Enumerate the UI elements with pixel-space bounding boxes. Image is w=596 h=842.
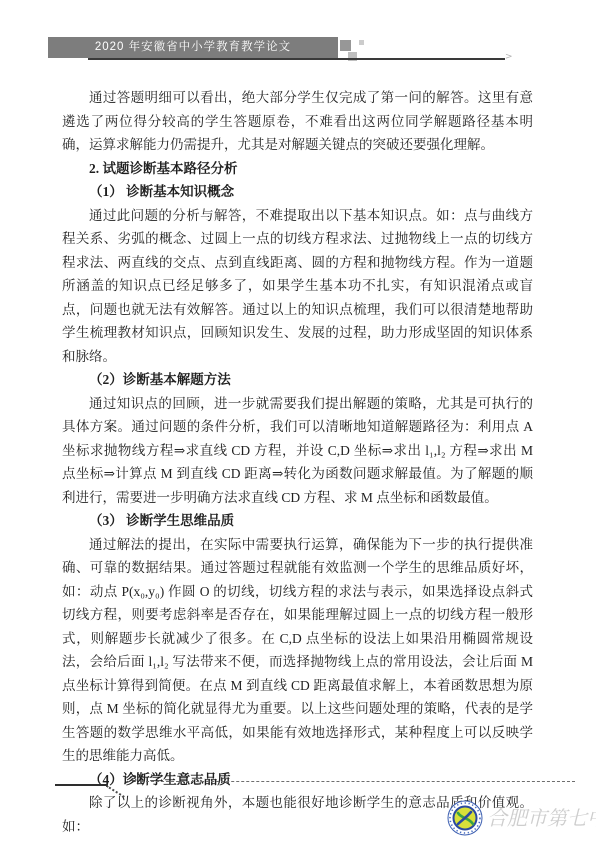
subsection-1-heading: （1） 诊断基本知识概念 (62, 180, 533, 204)
subsection-2-heading: （2）诊断基本解题方法 (62, 368, 533, 392)
subsection-3-heading: （3） 诊断学生思维品质 (62, 509, 533, 533)
subsection-3-body: 通过解法的提出，在实际中需要执行运算，确保能为下一步的执行提供准确、可靠的数据结… (62, 533, 533, 768)
subsection-1-body: 通过此问题的分析与解答，不难提取出以下基本知识点。如：点与曲线方程关系、劣弧的概… (62, 204, 533, 369)
header-rule-end-mark: > (505, 52, 513, 62)
document-page: 2020 年安徽省中小学教育教学论文 > 通过答题明细可以看出，绝大部分学生仅完… (0, 0, 596, 842)
decorative-square-small (359, 40, 364, 45)
intro-paragraph: 通过答题明细可以看出，绝大部分学生仅完成了第一问的解答。这里有意遴选了两位得分较… (62, 86, 533, 157)
header-rule (88, 58, 505, 60)
document-body: 通过答题明细可以看出，绝大部分学生仅完成了第一问的解答。这里有意遴选了两位得分较… (62, 86, 533, 838)
section-heading: 2. 试题诊断基本路径分析 (62, 157, 533, 181)
footer-solid-line (55, 784, 108, 786)
watermark-text: 合肥市第七中学 (487, 804, 596, 834)
school-logo-icon (447, 800, 483, 836)
page-number: 3 (127, 774, 141, 785)
header-banner: 2020 年安徽省中小学教育教学论文 (48, 37, 338, 58)
header-banner-title: 2020 年安徽省中小学教育教学论文 (95, 41, 291, 53)
subsection-2-body: 通过知识点的回顾，进一步就需要我们提出解题的策略，尤其是可执行的具体方案。通过问… (62, 392, 533, 510)
footer-dashed-line (141, 781, 575, 782)
decorative-square-large (340, 40, 351, 51)
